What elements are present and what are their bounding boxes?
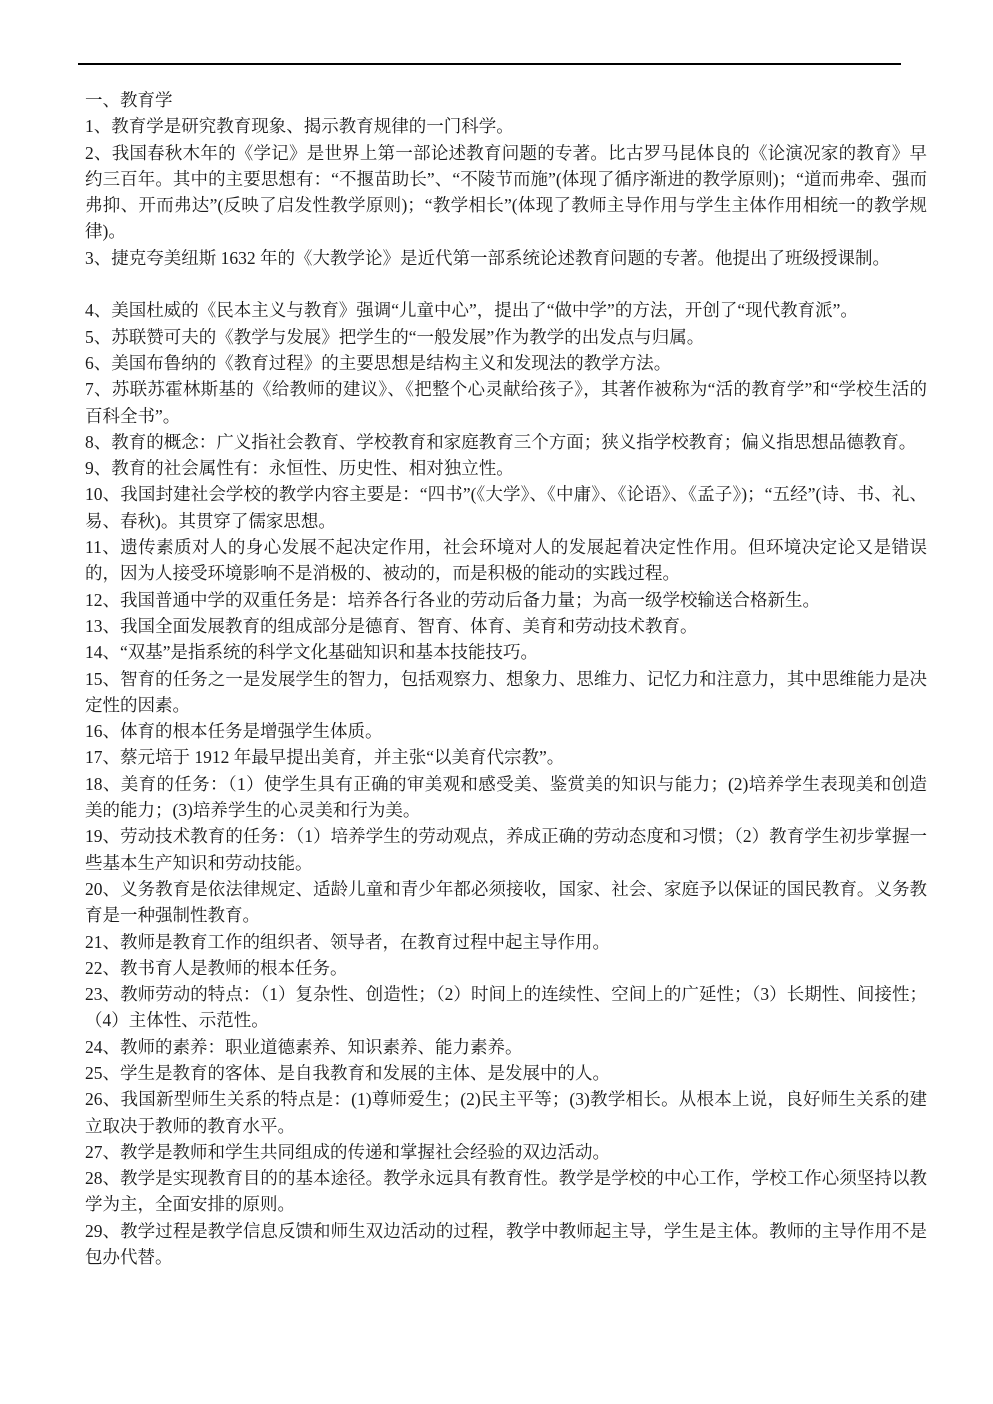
note-item-15: 15、智育的任务之一是发展学生的智力，包括观察力、想象力、思维力、记忆力和注意力… [85,666,927,719]
note-item-7: 7、苏联苏霍林斯基的《给教师的建议》、《把整个心灵献给孩子》，其著作被称为“活的… [85,376,927,429]
note-item-6: 6、美国布鲁纳的《教育过程》的主要思想是结构主义和发现法的教学方法。 [85,350,927,376]
note-item-21: 21、教师是教育工作的组织者、领导者，在教育过程中起主导作用。 [85,929,927,955]
note-item-19: 19、劳动技术教育的任务：（1）培养学生的劳动观点，养成正确的劳动态度和习惯；（… [85,823,927,876]
note-item-8: 8、教育的概念：广义指社会教育、学校教育和家庭教育三个方面；狭义指学校教育；偏义… [85,429,927,455]
note-item-10: 10、我国封建社会学校的教学内容主要是：“四书”(《大学》、《中庸》、《论语》、… [85,481,927,534]
note-item-18: 18、美育的任务：（1）使学生具有正确的审美观和感受美、鉴赏美的知识与能力；(2… [85,771,927,824]
note-item-12: 12、我国普通中学的双重任务是：培养各行各业的劳动后备力量；为高一级学校输送合格… [85,587,927,613]
note-item-28: 28、教学是实现教育目的的基本途径。教学永远具有教育性。教学是学校的中心工作，学… [85,1165,927,1218]
note-item-2: 2、我国春秋木年的《学记》是世界上第一部论述教育问题的专著。比古罗马昆体良的《论… [85,140,927,245]
note-item-17: 17、蔡元培于 1912 年最早提出美育，并主张“以美育代宗教”。 [85,744,927,770]
note-item-13: 13、我国全面发展教育的组成部分是德育、智育、体育、美育和劳动技术教育。 [85,613,927,639]
note-item-4: 4、美国杜威的《民本主义与教育》强调“儿童中心”，提出了“做中学”的方法，开创了… [85,297,927,323]
note-item-25: 25、学生是教育的客体、是自我教育和发展的主体、是发展中的人。 [85,1060,927,1086]
note-item-27: 27、教学是教师和学生共同组成的传递和掌握社会经验的双边活动。 [85,1139,927,1165]
note-item-3: 3、捷克夸美纽斯 1632 年的《大教学论》是近代第一部系统论述教育问题的专著。… [85,245,927,271]
note-item-9: 9、教育的社会属性有：永恒性、历史性、相对独立性。 [85,455,927,481]
section-heading: 一、教育学 [85,87,927,113]
note-item-5: 5、苏联赞可夫的《教学与发展》把学生的“一般发展”作为教学的出发点与归属。 [85,324,927,350]
note-item-1: 1、教育学是研究教育现象、揭示教育规律的一门科学。 [85,113,927,139]
header-divider [78,63,901,65]
document-content: 一、教育学 1、教育学是研究教育现象、揭示教育规律的一门科学。 2、我国春秋木年… [85,87,927,1270]
note-item-26: 26、我国新型师生关系的特点是：(1)尊师爱生；(2)民主平等；(3)教学相长。… [85,1086,927,1139]
note-item-11: 11、遗传素质对人的身心发展不起决定作用，社会环境对人的发展起着决定性作用。但环… [85,534,927,587]
note-item-23: 23、教师劳动的特点：（1）复杂性、创造性；（2）时间上的连续性、空间上的广延性… [85,981,927,1034]
note-item-24: 24、教师的素养：职业道德素养、知识素养、能力素养。 [85,1034,927,1060]
note-item-14: 14、“双基”是指系统的科学文化基础知识和基本技能技巧。 [85,639,927,665]
note-item-29: 29、教学过程是教学信息反馈和师生双边活动的过程，教学中教师起主导，学生是主体。… [85,1218,927,1271]
note-item-16: 16、体育的根本任务是增强学生体质。 [85,718,927,744]
document-page: 一、教育学 1、教育学是研究教育现象、揭示教育规律的一门科学。 2、我国春秋木年… [0,0,993,1404]
note-item-22: 22、教书育人是教师的根本任务。 [85,955,927,981]
note-item-20: 20、义务教育是依法律规定、适龄儿童和青少年都必须接收，国家、社会、家庭予以保证… [85,876,927,929]
